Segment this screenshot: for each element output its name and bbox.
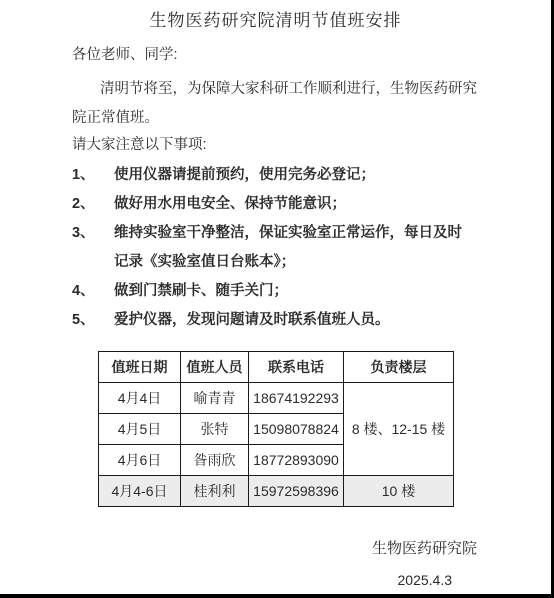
floor-cell: 10 楼: [344, 476, 454, 507]
rule-text: 做好用水用电安全、保持节能意识；: [114, 190, 472, 219]
rule-number: 2、: [72, 190, 114, 219]
phone-cell: 15972598396: [249, 476, 344, 507]
duty-person-cell: 喻青青: [181, 383, 249, 414]
notice-body: 各位老师、同学: 清明节将至，为保障大家科研工作顺利进行，生物医药研究院正常值班…: [0, 45, 551, 587]
duty-date-cell: 4月4-6日: [99, 476, 181, 507]
header-phone: 联系电话: [249, 352, 344, 383]
rule-text: 使用仪器请提前预约，使用完务必登记；: [114, 161, 472, 190]
duty-person-cell: 桂利利: [181, 476, 249, 507]
document-date: 2025.4.3: [72, 573, 484, 587]
rule-number: 5、: [72, 306, 114, 335]
rule-number: 4、: [72, 277, 114, 306]
intro-paragraph: 清明节将至，为保障大家科研工作顺利进行，生物医药研究院正常值班。: [72, 75, 484, 133]
rule-number: 1、: [72, 161, 114, 190]
header-duty-date: 值班日期: [99, 352, 181, 383]
table-row-highlighted: 4月4-6日 桂利利 15972598396 10 楼: [99, 476, 454, 507]
table-row: 4月4日 喻青青 18674192293 8 楼、12-15 楼: [99, 383, 454, 414]
rule-item: 2、 做好用水用电安全、保持节能意识；: [72, 190, 551, 219]
rule-number: 3、: [72, 219, 114, 277]
phone-cell: 18674192293: [249, 383, 344, 414]
rule-item: 5、 爱护仪器，发现问题请及时联系值班人员。: [72, 306, 551, 335]
header-duty-person: 值班人员: [181, 352, 249, 383]
notice-title: 生物医药研究院清明节值班安排: [0, 0, 551, 32]
table-header-row: 值班日期 值班人员 联系电话 负责楼层: [99, 352, 454, 383]
header-floor: 负责楼层: [344, 352, 454, 383]
duty-date-cell: 4月6日: [99, 445, 181, 476]
rule-text: 做到门禁刷卡、随手关门；: [114, 277, 472, 306]
floor-cell-merged: 8 楼、12-15 楼: [344, 383, 454, 476]
rule-text: 维持实验室干净整洁，保证实验室正常运作，每日及时记录《实验室值日台账本》；: [114, 219, 472, 277]
rule-item: 3、 维持实验室干净整洁，保证实验室正常运作，每日及时记录《实验室值日台账本》；: [72, 219, 551, 277]
duty-schedule-table: 值班日期 值班人员 联系电话 负责楼层 4月4日 喻青青 18674192293…: [98, 351, 454, 507]
phone-cell: 18772893090: [249, 445, 344, 476]
phone-cell: 15098078824: [249, 414, 344, 445]
duty-person-cell: 昝雨欣: [181, 445, 249, 476]
signature: 生物医药研究院: [72, 541, 484, 557]
duty-date-cell: 4月5日: [99, 414, 181, 445]
rule-text: 爱护仪器，发现问题请及时联系值班人员。: [114, 306, 472, 335]
notice-document: 生物医药研究院清明节值班安排 各位老师、同学: 清明节将至，为保障大家科研工作顺…: [0, 0, 554, 598]
rule-item: 1、 使用仪器请提前预约，使用完务必登记；: [72, 161, 551, 190]
duty-date-cell: 4月4日: [99, 383, 181, 414]
rule-item: 4、 做到门禁刷卡、随手关门；: [72, 277, 551, 306]
salutation: 各位老师、同学:: [72, 45, 551, 65]
duty-person-cell: 张特: [181, 414, 249, 445]
notice-lead: 请大家注意以下事项:: [72, 135, 551, 155]
rules-list: 1、 使用仪器请提前预约，使用完务必登记； 2、 做好用水用电安全、保持节能意识…: [72, 161, 551, 335]
